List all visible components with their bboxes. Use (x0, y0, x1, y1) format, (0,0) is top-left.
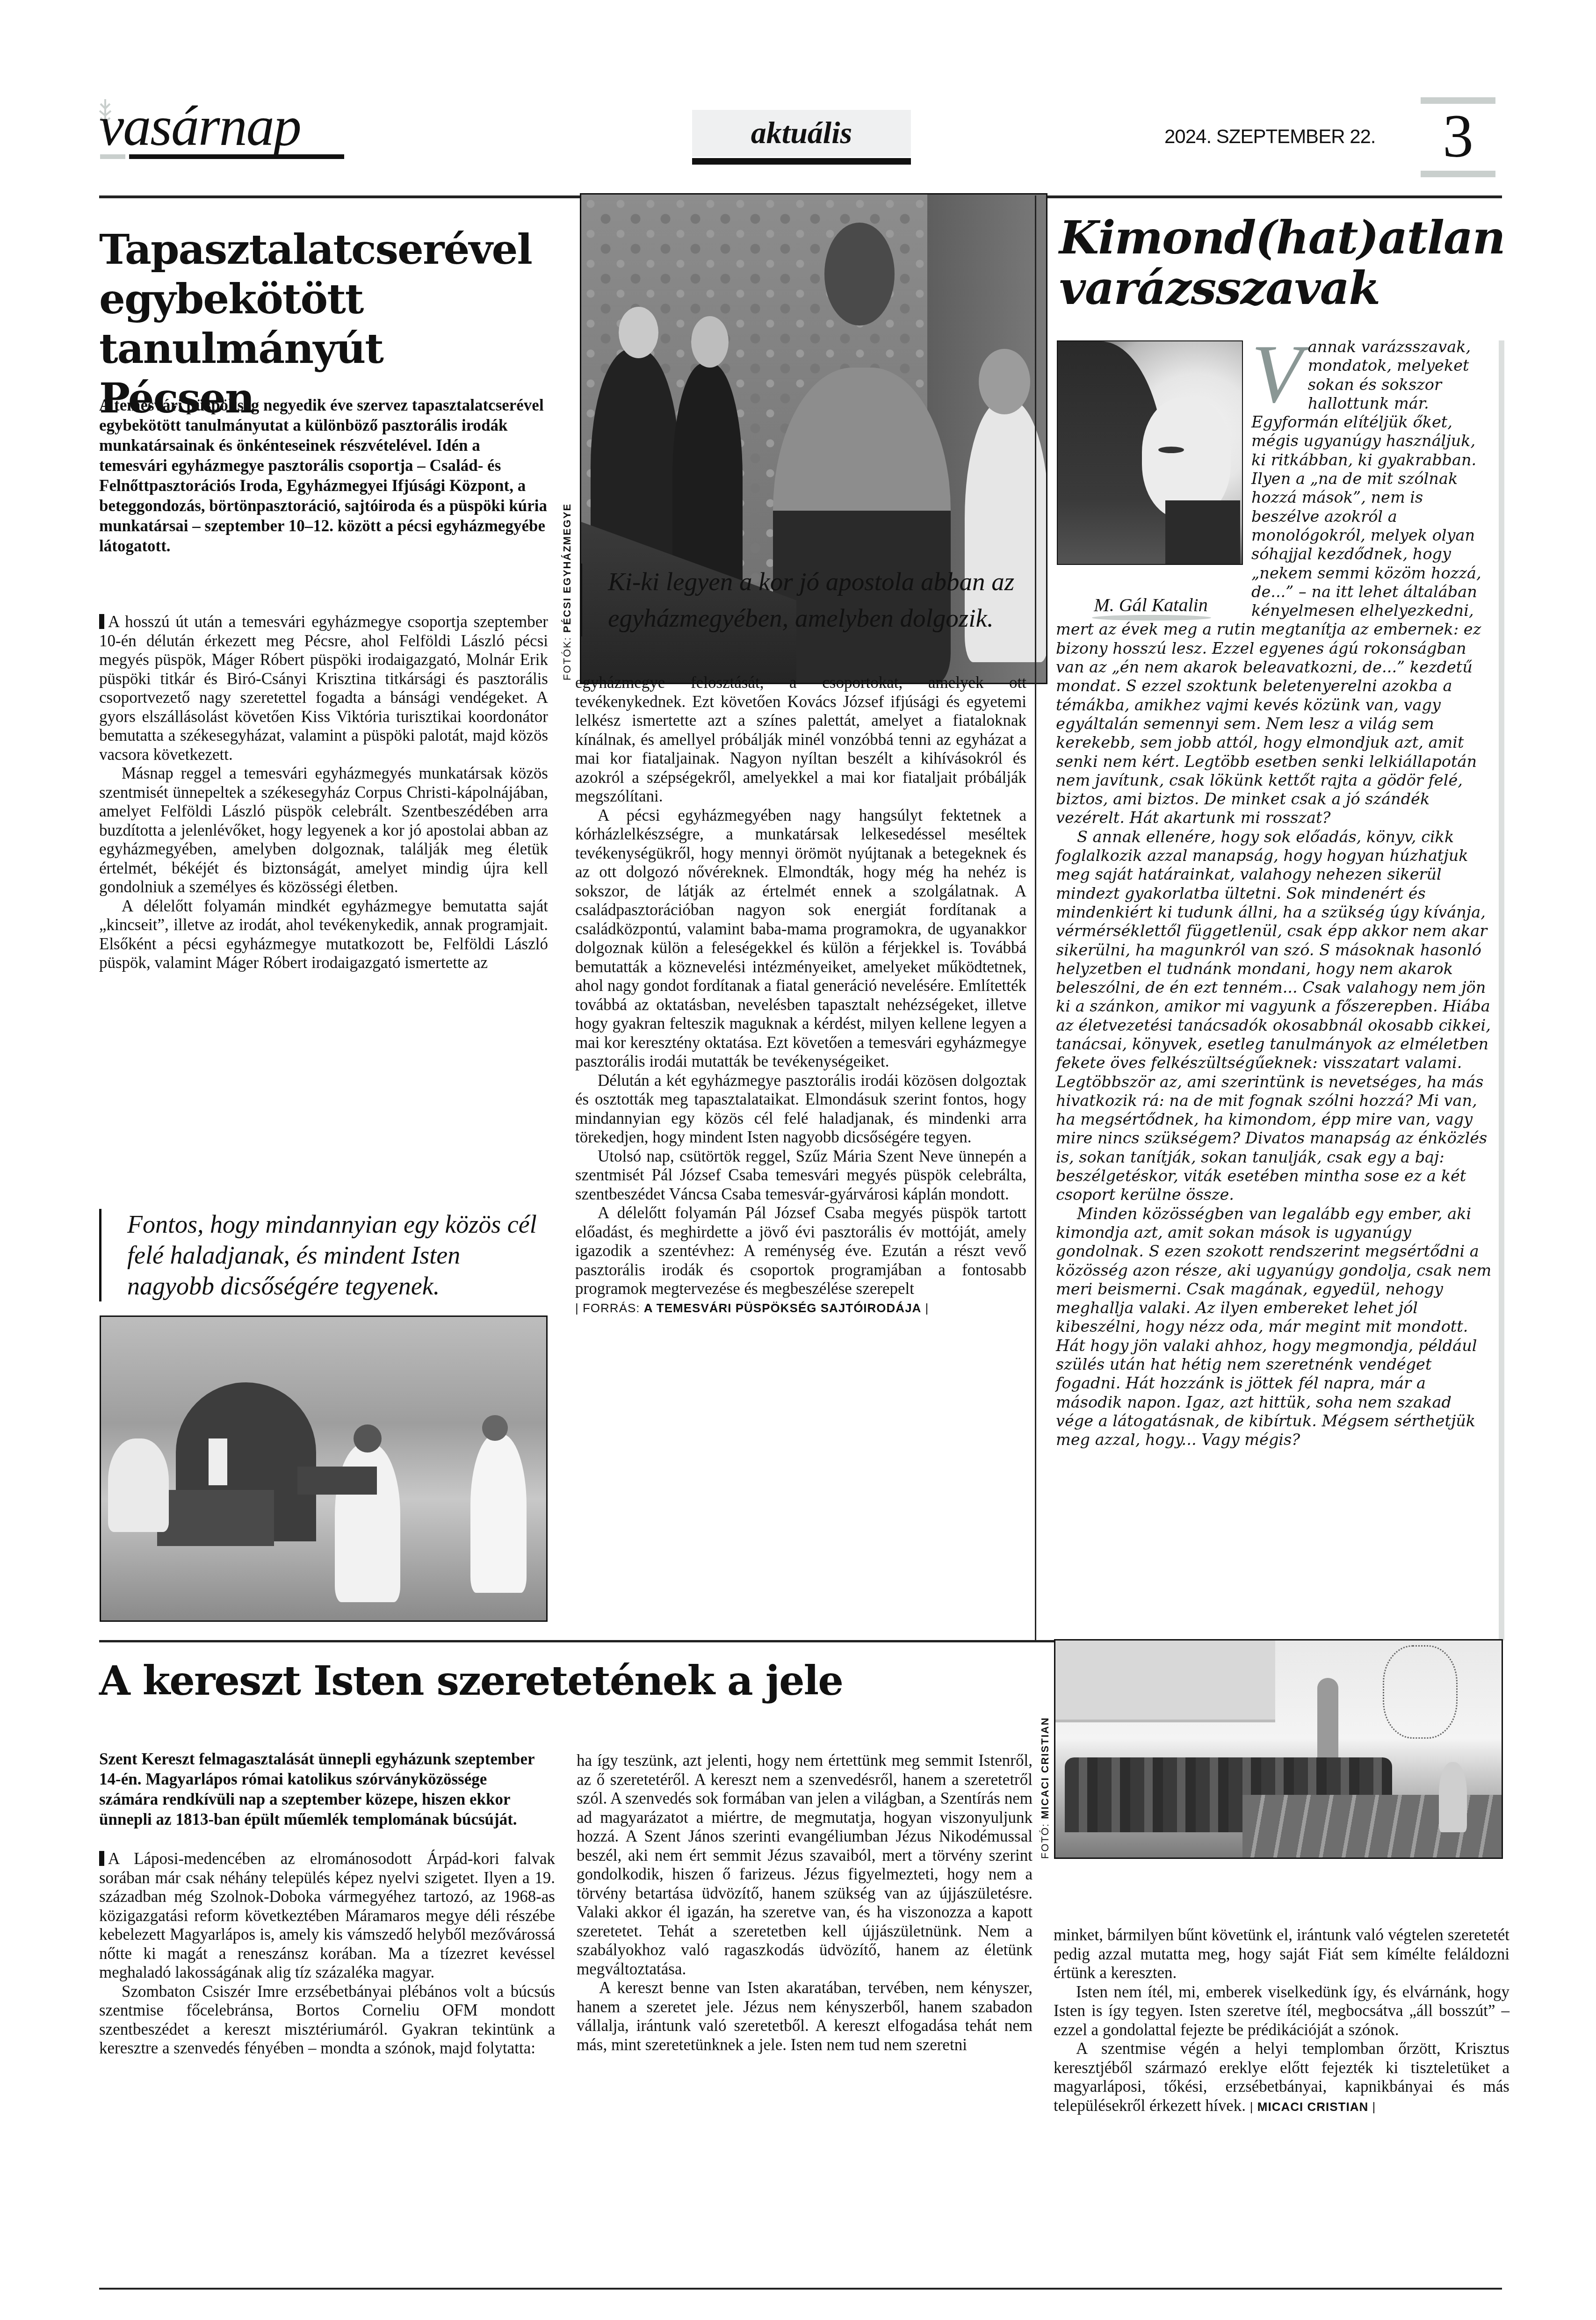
article1-column-2: egyházmegye felosztását, a csoportokat, … (575, 673, 1026, 1317)
page-number-bar-bottom (1421, 171, 1495, 177)
opinion-sidebar-bar (1499, 340, 1504, 1641)
column-divider (1035, 195, 1036, 1641)
paragraph-marker-icon (99, 1851, 104, 1866)
article2-paragraph: ha így teszünk, azt jelenti, hogy nem ér… (577, 1751, 1033, 1979)
article2-author: | MICACI CRISTIAN | (1250, 2100, 1376, 2114)
article1-paragraph: Másnap reggel a temesvári egyházmegyés m… (99, 764, 548, 897)
article2-paragraph: Szombaton Csiszér Imre erzsébetbányai pl… (99, 1982, 555, 2058)
article1-paragraph: Utolsó nap, csütörtök reggel, Szűz Mária… (575, 1147, 1026, 1204)
section-underline (692, 158, 911, 165)
article1-paragraph: egyházmegye felosztását, a csoportokat, … (575, 673, 1026, 806)
logo-underline (129, 154, 344, 159)
article1-source: | FORRÁS: A TEMESVÁRI PÜSPÖKSÉG SAJTÓIRO… (575, 1299, 1026, 1318)
article2-column-3: minket, bármilyen bűnt követünk el, irán… (1054, 1926, 1509, 2116)
article1-paragraph: Délután a két egyházmegye pasztorális ir… (575, 1071, 1026, 1147)
article2-paragraph: A Láposi-medencében az elrománosodott Ár… (99, 1850, 555, 1982)
article2-column-1: A Láposi-medencében az elrománosodott Ár… (99, 1850, 555, 2058)
opinion-paragraph: S annak ellenére, hogy sok előadás, köny… (1056, 828, 1493, 1205)
dropcap: V (1251, 339, 1302, 409)
article1-headline: Tapasztalatcserével egybekötött tanulmán… (99, 224, 548, 423)
article1-photo-credit: FOTÓK: PÉCSI EGYHÁZMEGYE (561, 503, 573, 680)
magyarlapos-church-photo[interactable] (1054, 1639, 1503, 1859)
article1-pullquote-2: Fontos, hogy mindannyian egy közös cél f… (99, 1209, 548, 1295)
portrait-float-spacer (1056, 338, 1251, 614)
article1-paragraph: A hosszú út után a temesvári egyházmegye… (99, 613, 548, 764)
article2-column-2: ha így teszünk, azt jelenti, hogy nem ér… (577, 1751, 1033, 2054)
article1-paragraph: A délelőtt folyamán mindkét egyházmegye … (99, 897, 548, 973)
section-label[interactable]: aktuális (692, 110, 911, 157)
article2-paragraph: A szentmise végén a helyi templomban őrz… (1054, 2039, 1509, 2116)
article1-column-1: A hosszú út után a temesvári egyházmegye… (99, 613, 548, 973)
pullquote-text: Ki-ki legyen a kor jó apostola abban az … (580, 564, 1029, 636)
article2-headline: A kereszt Isten szeretetének a jele (99, 1658, 1034, 1705)
article1-pullquote-1: Ki-ki legyen a kor jó apostola abban az … (580, 564, 1029, 636)
issue-date: 2024. SZEPTEMBER 22. (1164, 125, 1376, 148)
footer-divider (99, 2288, 1502, 2290)
opinion-body: Vannak varázsszavak, mondatok, melyeket … (1056, 338, 1493, 1450)
article2-paragraph: Isten nem ítél, mi, emberek viselkedünk … (1054, 1983, 1509, 2040)
page-number: 3 (1443, 105, 1473, 167)
opinion-paragraph: Minden közösségben van legalább egy embe… (1056, 1205, 1493, 1450)
publication-logo[interactable]: vasárnap (99, 98, 301, 154)
article2-paragraph: minket, bármilyen bűnt követünk el, irán… (1054, 1926, 1509, 1983)
article1-paragraph: A délelőtt folyamán Pál József Csaba meg… (575, 1204, 1026, 1299)
chapel-mass-photo[interactable] (100, 1315, 548, 1622)
paragraph-marker-icon (99, 614, 104, 629)
article2-lead: Szent Kereszt felmagasztalását ünnepli e… (99, 1749, 543, 1829)
article2-paragraph: A kereszt benne van Isten akaratában, te… (577, 1979, 1033, 2054)
article1-lead: A temesvári püspökség negyedik éve szerv… (99, 395, 548, 556)
logo-underline-stub (100, 154, 125, 159)
opinion-headline: Kimond(hat)atlan varázsszavak (1059, 213, 1499, 314)
article2-photo-credit: FOTÓ: MICACI CRISTIAN (1039, 1717, 1051, 1859)
pullquote-text: Fontos, hogy mindannyian egy közös cél f… (99, 1209, 548, 1301)
article1-paragraph: A pécsi egyházmegyében nagy hangsúlyt fe… (575, 806, 1026, 1071)
